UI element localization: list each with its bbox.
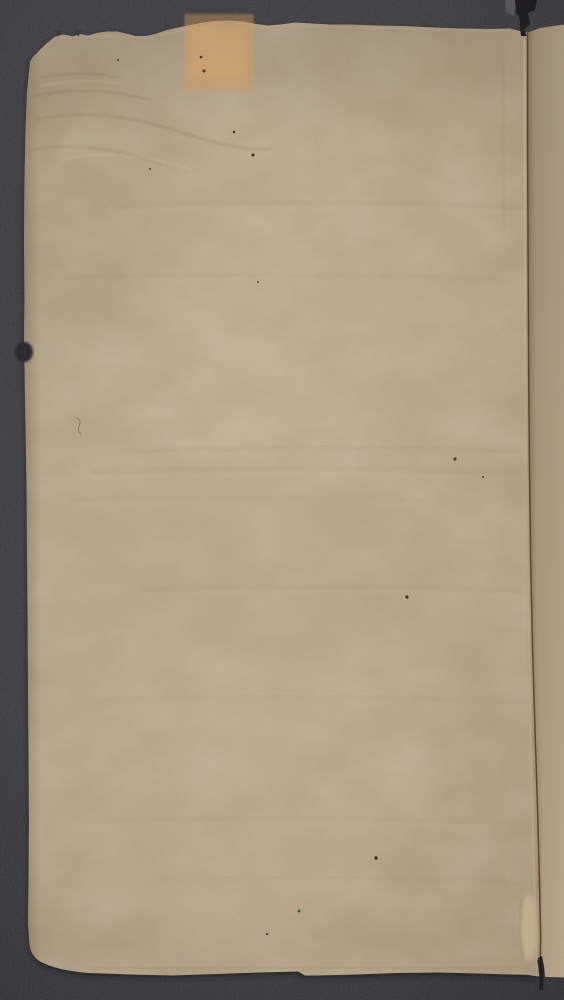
paper-speck — [149, 168, 151, 170]
light-patch — [170, 190, 490, 410]
paper-speck — [117, 59, 119, 61]
paper-speck — [266, 933, 268, 935]
paper-speck — [298, 910, 301, 913]
paper-speck — [257, 281, 259, 283]
paper-speck — [233, 131, 235, 133]
scanned-page-image: Scanned blank aged endpaper leaf of an a… — [0, 0, 564, 1000]
left-edge-notch — [15, 342, 33, 362]
tape-stain-core — [191, 27, 246, 78]
scan-viewer: Scanned blank aged endpaper leaf of an a… — [0, 0, 564, 1000]
paper-speck — [405, 595, 408, 598]
tape-stain-group — [185, 14, 254, 91]
light-patch — [0, 650, 430, 930]
paper-speck — [453, 457, 456, 460]
paper-speck — [374, 856, 377, 859]
paper-speck — [202, 69, 205, 72]
paper-speck — [482, 476, 484, 478]
paper-speck — [200, 56, 203, 59]
paper-speck — [252, 154, 255, 157]
